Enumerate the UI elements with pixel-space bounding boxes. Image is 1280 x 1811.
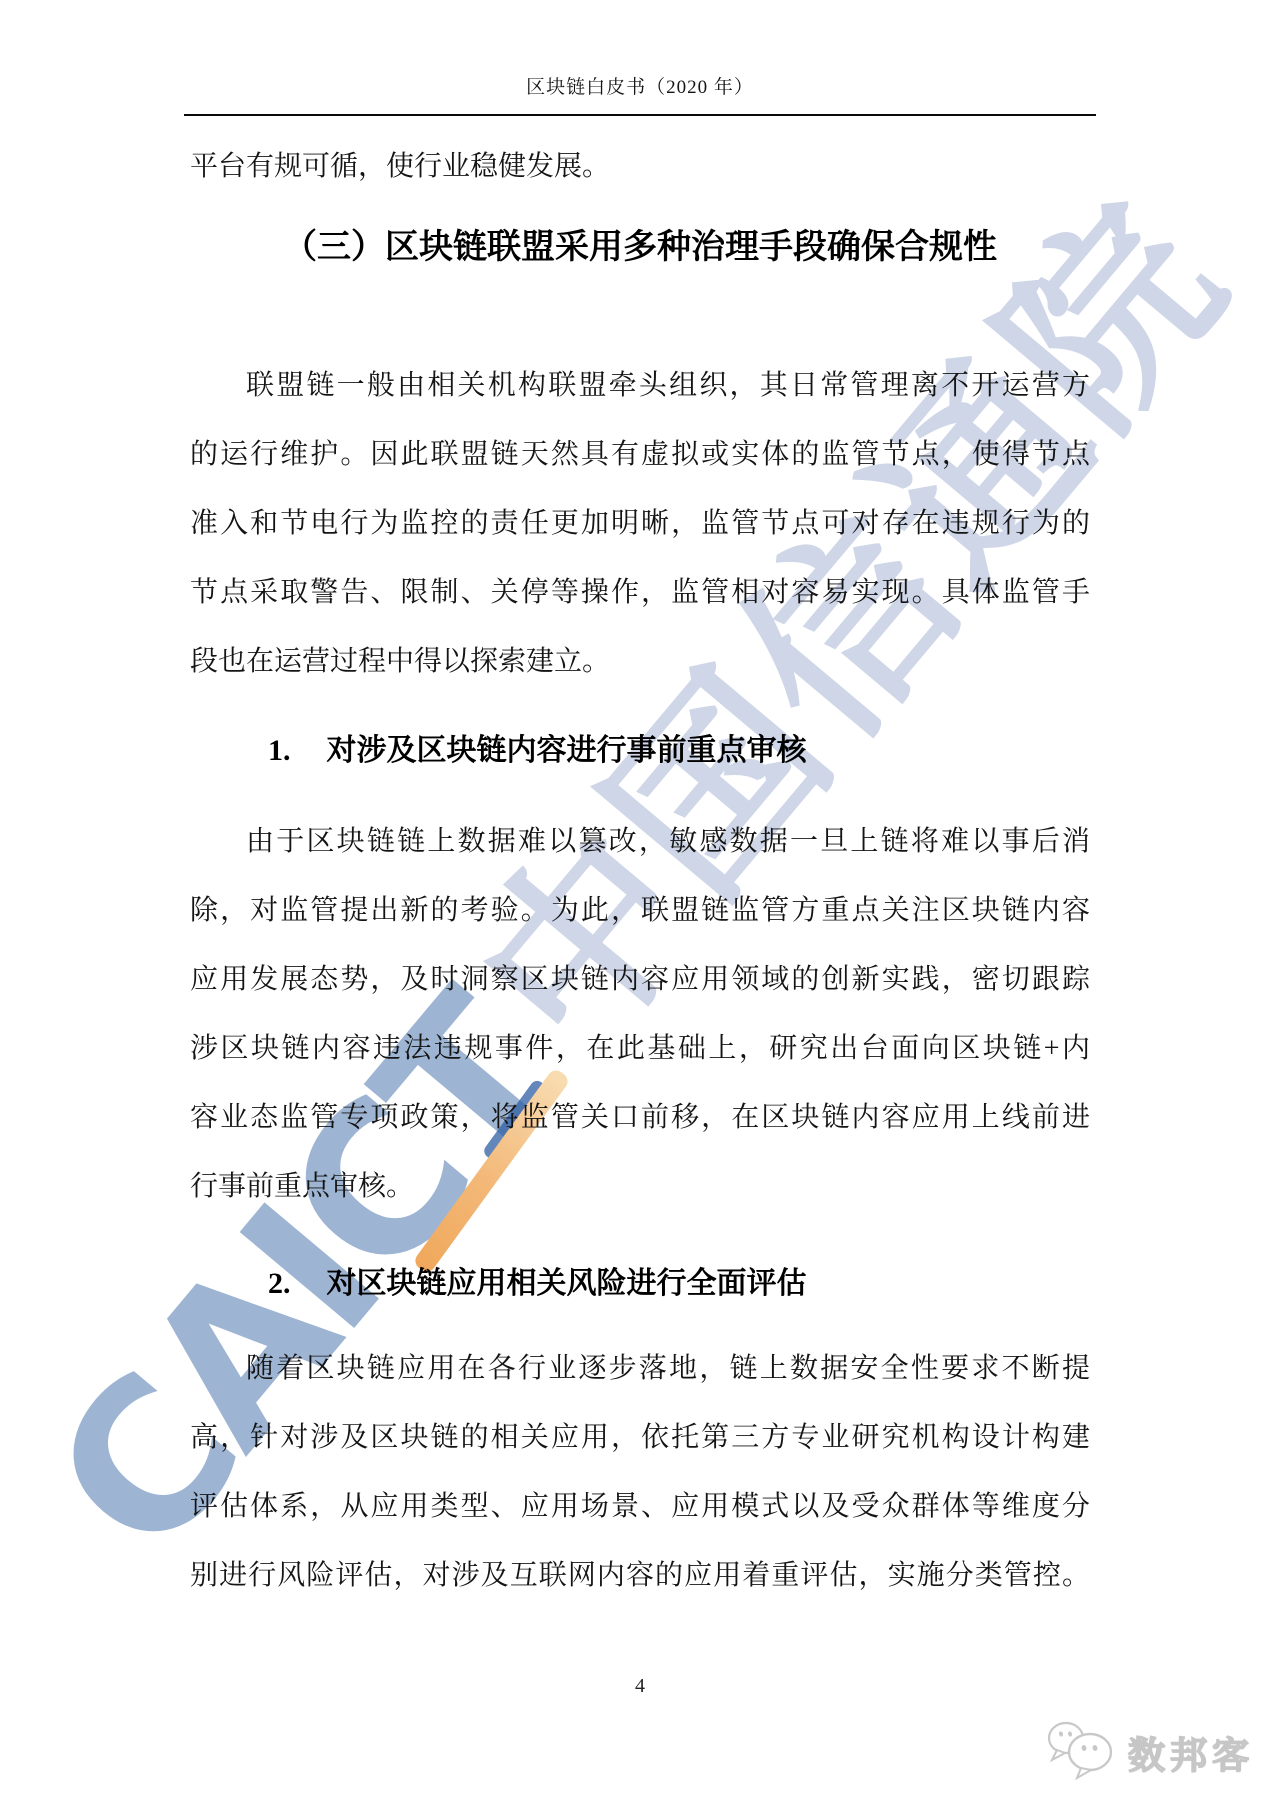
body-line: 节点采取警告、限制、关停等操作，监管相对容易实现。具体监管手 (190, 558, 1090, 627)
body-line: 随着区块链应用在各行业逐步落地，链上数据安全性要求不断提 (190, 1334, 1090, 1403)
chat-bubbles-icon (1044, 1718, 1120, 1785)
body-line: 应用发展态势，及时洞察区块链内容应用领域的创新实践，密切跟踪 (190, 945, 1090, 1014)
subsection-title: 对区块链应用相关风险进行全面评估 (327, 1267, 807, 1300)
body-text-block: 平台有规可循，使行业稳健发展。 （三）区块链联盟采用多种治理手段确保合规性 联盟… (190, 132, 1090, 1700)
body-line: 行事前重点审核。 (190, 1152, 1090, 1221)
header-divider (184, 114, 1096, 116)
subsection-number: 1. (268, 729, 291, 773)
body-line: 准入和节电行为监控的责任更加明晰，监管节点可对存在违规行为的 (190, 489, 1090, 558)
subsection-title: 对涉及区块链内容进行事前重点审核 (327, 734, 807, 767)
body-line: 由于区块链链上数据难以篡改，敏感数据一旦上链将难以事后消 (190, 807, 1090, 876)
running-header-title: 区块链白皮书（2020 年） (0, 76, 1280, 100)
page-number: 4 (190, 1672, 1090, 1700)
document-page: CAICT中国信通院 区块链白皮书（2020 年） 平台有规可循，使行业稳健发展… (0, 0, 1280, 1811)
body-line: 平台有规可循，使行业稳健发展。 (190, 132, 1090, 201)
paragraph: 随着区块链应用在各行业逐步落地，链上数据安全性要求不断提 高，针对涉及区块链的相… (190, 1334, 1090, 1610)
body-line: 涉区块链内容违法违规事件，在此基础上，研究出台面向区块链+内 (190, 1014, 1090, 1083)
paragraph: 联盟链一般由相关机构联盟牵头组织，其日常管理离不开运营方 的运行维护。因此联盟链… (190, 351, 1090, 696)
subsection-heading: 2.对区块链应用相关风险进行全面评估 (190, 1262, 1090, 1306)
body-line: 段也在运营过程中得以探索建立。 (190, 627, 1090, 696)
body-line: 容业态监管专项政策，将监管关口前移，在区块链内容应用上线前进 (190, 1083, 1090, 1152)
body-line: 高，针对涉及区块链的相关应用，依托第三方专业研究机构设计构建 (190, 1403, 1090, 1472)
footer-logo-text: 数邦客 (1128, 1725, 1254, 1779)
subsection-heading: 1.对涉及区块链内容进行事前重点审核 (190, 729, 1090, 773)
paragraph: 由于区块链链上数据难以篡改，敏感数据一旦上链将难以事后消 除，对监管提出新的考验… (190, 807, 1090, 1221)
footer-logo: 数邦客 (1044, 1718, 1254, 1785)
body-line: 评估体系，从应用类型、应用场景、应用模式以及受众群体等维度分 (190, 1472, 1090, 1541)
body-line: 的运行维护。因此联盟链天然具有虚拟或实体的监管节点，使得节点 (190, 420, 1090, 489)
body-line: 联盟链一般由相关机构联盟牵头组织，其日常管理离不开运营方 (190, 351, 1090, 420)
body-line: 除，对监管提出新的考验。为此，联盟链监管方重点关注区块链内容 (190, 876, 1090, 945)
subsection-number: 2. (268, 1262, 291, 1306)
section-heading: （三）区块链联盟采用多种治理手段确保合规性 (190, 225, 1090, 271)
body-line: 别进行风险评估，对涉及互联网内容的应用着重评估，实施分类管控。 (190, 1541, 1090, 1610)
